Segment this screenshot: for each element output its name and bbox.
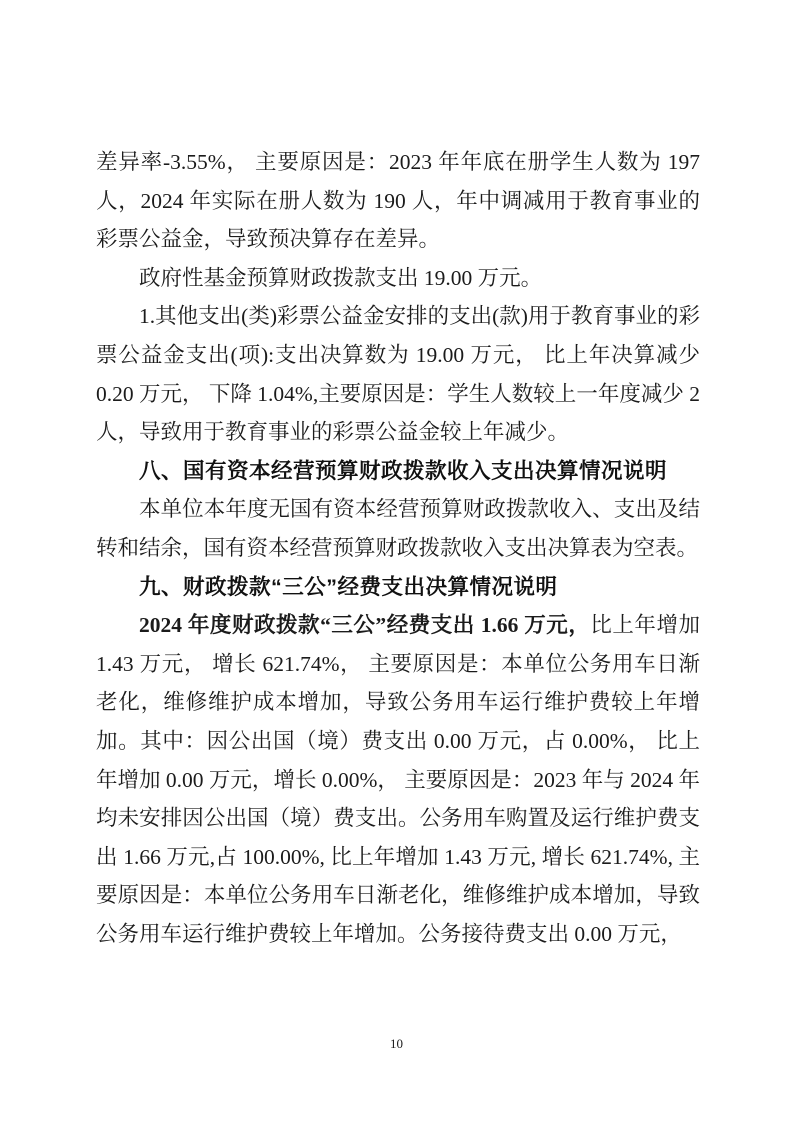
document-body: 差异率-3.55%， 主要原因是：2023 年年底在册学生人数为 197 人，2… xyxy=(96,143,700,953)
paragraph-state-capital-budget: 本单位本年度无国有资本经营预算财政拨款收入、支出及结转和结余，国有资本经营预算财… xyxy=(96,490,700,567)
document-page: 差异率-3.55%， 主要原因是：2023 年年底在册学生人数为 197 人，2… xyxy=(0,0,793,1122)
paragraph-three-public-expense: 2024 年度财政拨款“三公”经费支出 1.66 万元，比上年增加 1.43 万… xyxy=(96,606,700,953)
paragraph-fund-expense-total: 政府性基金预算财政拨款支出 19.00 万元。 xyxy=(96,259,700,298)
section-heading-9: 九、财政拨款“三公”经费支出决算情况说明 xyxy=(96,568,700,607)
section-heading-8: 八、国有资本经营预算财政拨款收入支出决算情况说明 xyxy=(96,452,700,491)
paragraph-lottery-expense-detail: 1.其他支出(类)彩票公益金安排的支出(款)用于教育事业的彩票公益金支出(项):… xyxy=(96,297,700,451)
paragraph-variance-explanation: 差异率-3.55%， 主要原因是：2023 年年底在册学生人数为 197 人，2… xyxy=(96,143,700,259)
page-number: 10 xyxy=(0,1036,793,1052)
three-public-expense-rest: 比上年增加 1.43 万元， 增长 621.74%， 主要原因是：本单位公务用车… xyxy=(96,613,700,946)
three-public-expense-lead-bold: 2024 年度财政拨款“三公”经费支出 1.66 万元， xyxy=(139,613,590,637)
